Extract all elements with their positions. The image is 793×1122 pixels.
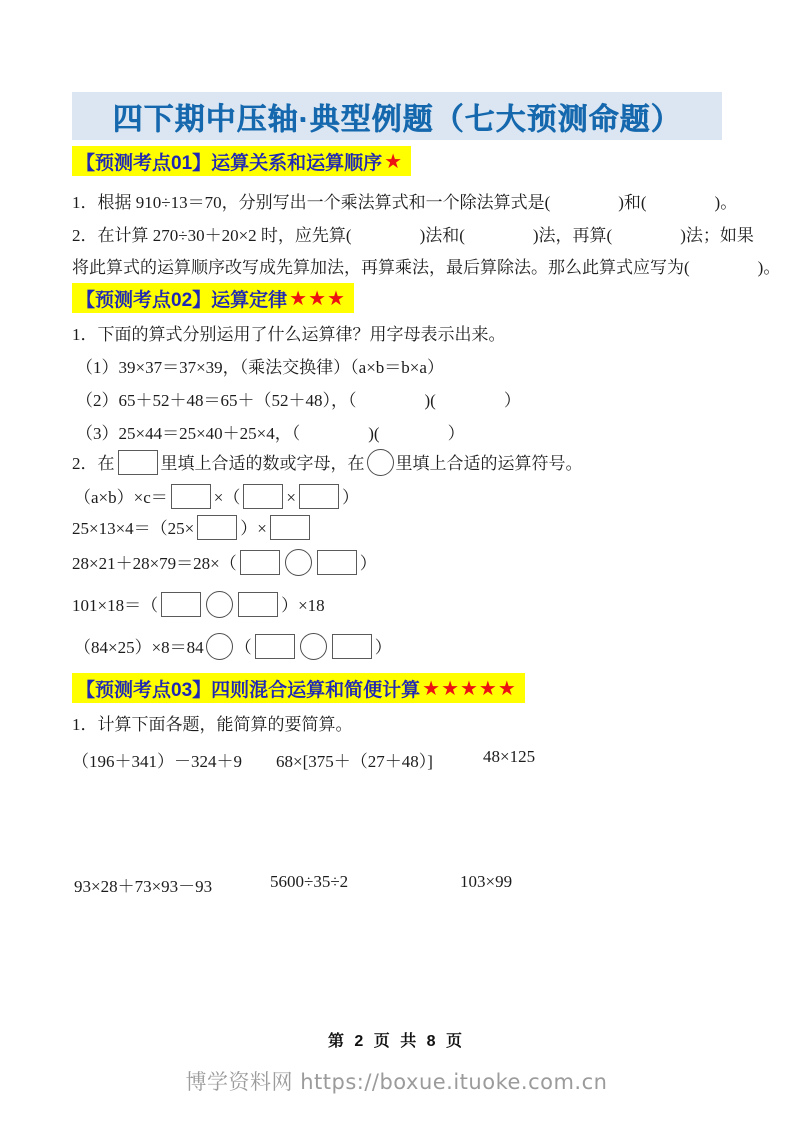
calc-expression: 68×[375＋（27＋48）] — [276, 747, 433, 772]
blank-box — [171, 484, 211, 509]
equation-text: 2．在 — [72, 454, 115, 473]
equation-text: 25×13×4＝（25× — [72, 519, 194, 538]
blank-box — [317, 550, 357, 575]
title-banner: 四下期中压轴·典型例题（七大预测命题） — [72, 92, 722, 140]
equation-text: 101×18＝（ — [72, 596, 158, 615]
document-title: 四下期中压轴·典型例题（七大预测命题） — [113, 94, 682, 138]
blank-box — [118, 450, 158, 475]
worksheet-page: 四下期中压轴·典型例题（七大预测命题） 【预测考点01】运算关系和运算顺序★ 1… — [0, 0, 793, 1122]
equation-line-3: 28×21＋28×79＝28×（） — [72, 549, 377, 579]
blank-box — [299, 484, 339, 509]
s2-q1-item-1: （1）39×37＝37×39，（乘法交换律）（a×b＝b×a） — [76, 355, 444, 381]
equation-line-5: （84×25）×8＝84（） — [74, 633, 392, 663]
s1-question-1: 1．根据 910÷13＝70，分别写出一个乘法算式和一个除法算式是( )和( )… — [72, 190, 737, 216]
s2-question-1: 1．下面的算式分别运用了什么运算律？用字母表示出来。 — [72, 322, 506, 348]
calc-expression: 93×28＋73×93－93 — [74, 872, 212, 897]
section-01-header: 【预测考点01】运算关系和运算顺序★ — [72, 146, 411, 176]
equation-text: 里填上合适的运算符号。 — [396, 454, 583, 473]
section-03-title: 【预测考点03】四则混合运算和简便计算 — [76, 675, 420, 702]
section-02-header: 【预测考点02】运算定律★★★ — [72, 283, 354, 313]
equation-line-2: 25×13×4＝（25×）× — [72, 514, 313, 544]
difficulty-stars: ★★★ — [289, 288, 346, 308]
blank-box — [255, 634, 295, 659]
s2-q1-item-3: （3）25×44＝25×40＋25×4，（ )( ） — [76, 421, 465, 447]
page-number: 第 2 页 共 8 页 — [0, 1028, 793, 1051]
section-01-title: 【预测考点01】运算关系和运算顺序 — [76, 148, 382, 175]
blank-box — [270, 515, 310, 540]
blank-box — [243, 484, 283, 509]
equation-text: 里填上合适的数或字母，在 — [161, 454, 365, 473]
section-02-title: 【预测考点02】运算定律 — [76, 285, 287, 312]
equation-text: （a×b）×c＝ — [74, 488, 168, 507]
equation-text: ） — [360, 554, 377, 573]
blank-box — [240, 550, 280, 575]
section-03-header: 【预测考点03】四则混合运算和简便计算★★★★★ — [72, 673, 525, 703]
equation-text: ） — [375, 638, 392, 657]
calc-expression: 48×125 — [483, 747, 535, 767]
calc-expression: 5600÷35÷2 — [270, 872, 348, 892]
equation-line-1: （a×b）×c＝×（×） — [74, 483, 359, 513]
s3-question-1: 1．计算下面各题，能简算的要简算。 — [72, 712, 353, 738]
blank-box — [238, 592, 278, 617]
difficulty-stars: ★★★★★ — [422, 678, 517, 698]
equation-text: × — [286, 488, 296, 507]
calc-expression: （196＋341）－324＋9 — [72, 747, 242, 772]
s2-q1-item-2: （2）65＋52＋48＝65＋（52＋48），（ )( ） — [76, 388, 521, 414]
blank-box — [197, 515, 237, 540]
blank-box — [332, 634, 372, 659]
watermark-site-url: 博学资料网 https://boxue.ituoke.com.cn — [0, 1066, 793, 1096]
difficulty-stars: ★ — [384, 151, 403, 171]
equation-text: ） — [342, 488, 359, 507]
equation-text: 28×21＋28×79＝28×（ — [72, 554, 237, 573]
equation-text: （84×25）×8＝84 — [74, 638, 204, 657]
operator-circle — [300, 633, 327, 660]
blank-box — [161, 592, 201, 617]
equation-line-4: 101×18＝（）×18 — [72, 591, 325, 621]
equation-text: ）×18 — [281, 596, 325, 615]
equation-text: （ — [235, 638, 252, 657]
operator-circle — [206, 633, 233, 660]
equation-text: ×（ — [214, 488, 241, 507]
operator-circle — [285, 549, 312, 576]
s2-question-2: 2．在里填上合适的数或字母，在里填上合适的运算符号。 — [72, 449, 583, 479]
operator-circle — [367, 449, 394, 476]
calc-expression: 103×99 — [460, 872, 512, 892]
equation-text: ）× — [240, 519, 267, 538]
s1-question-2-line1: 2．在计算 270÷30＋20×2 时，应先算( )法和( )法，再算( )法；… — [72, 223, 754, 249]
s1-question-2-line2: 将此算式的运算顺序改写成先算加法，再算乘法，最后算除法。那么此算式应写为( )。 — [72, 255, 780, 281]
operator-circle — [206, 591, 233, 618]
